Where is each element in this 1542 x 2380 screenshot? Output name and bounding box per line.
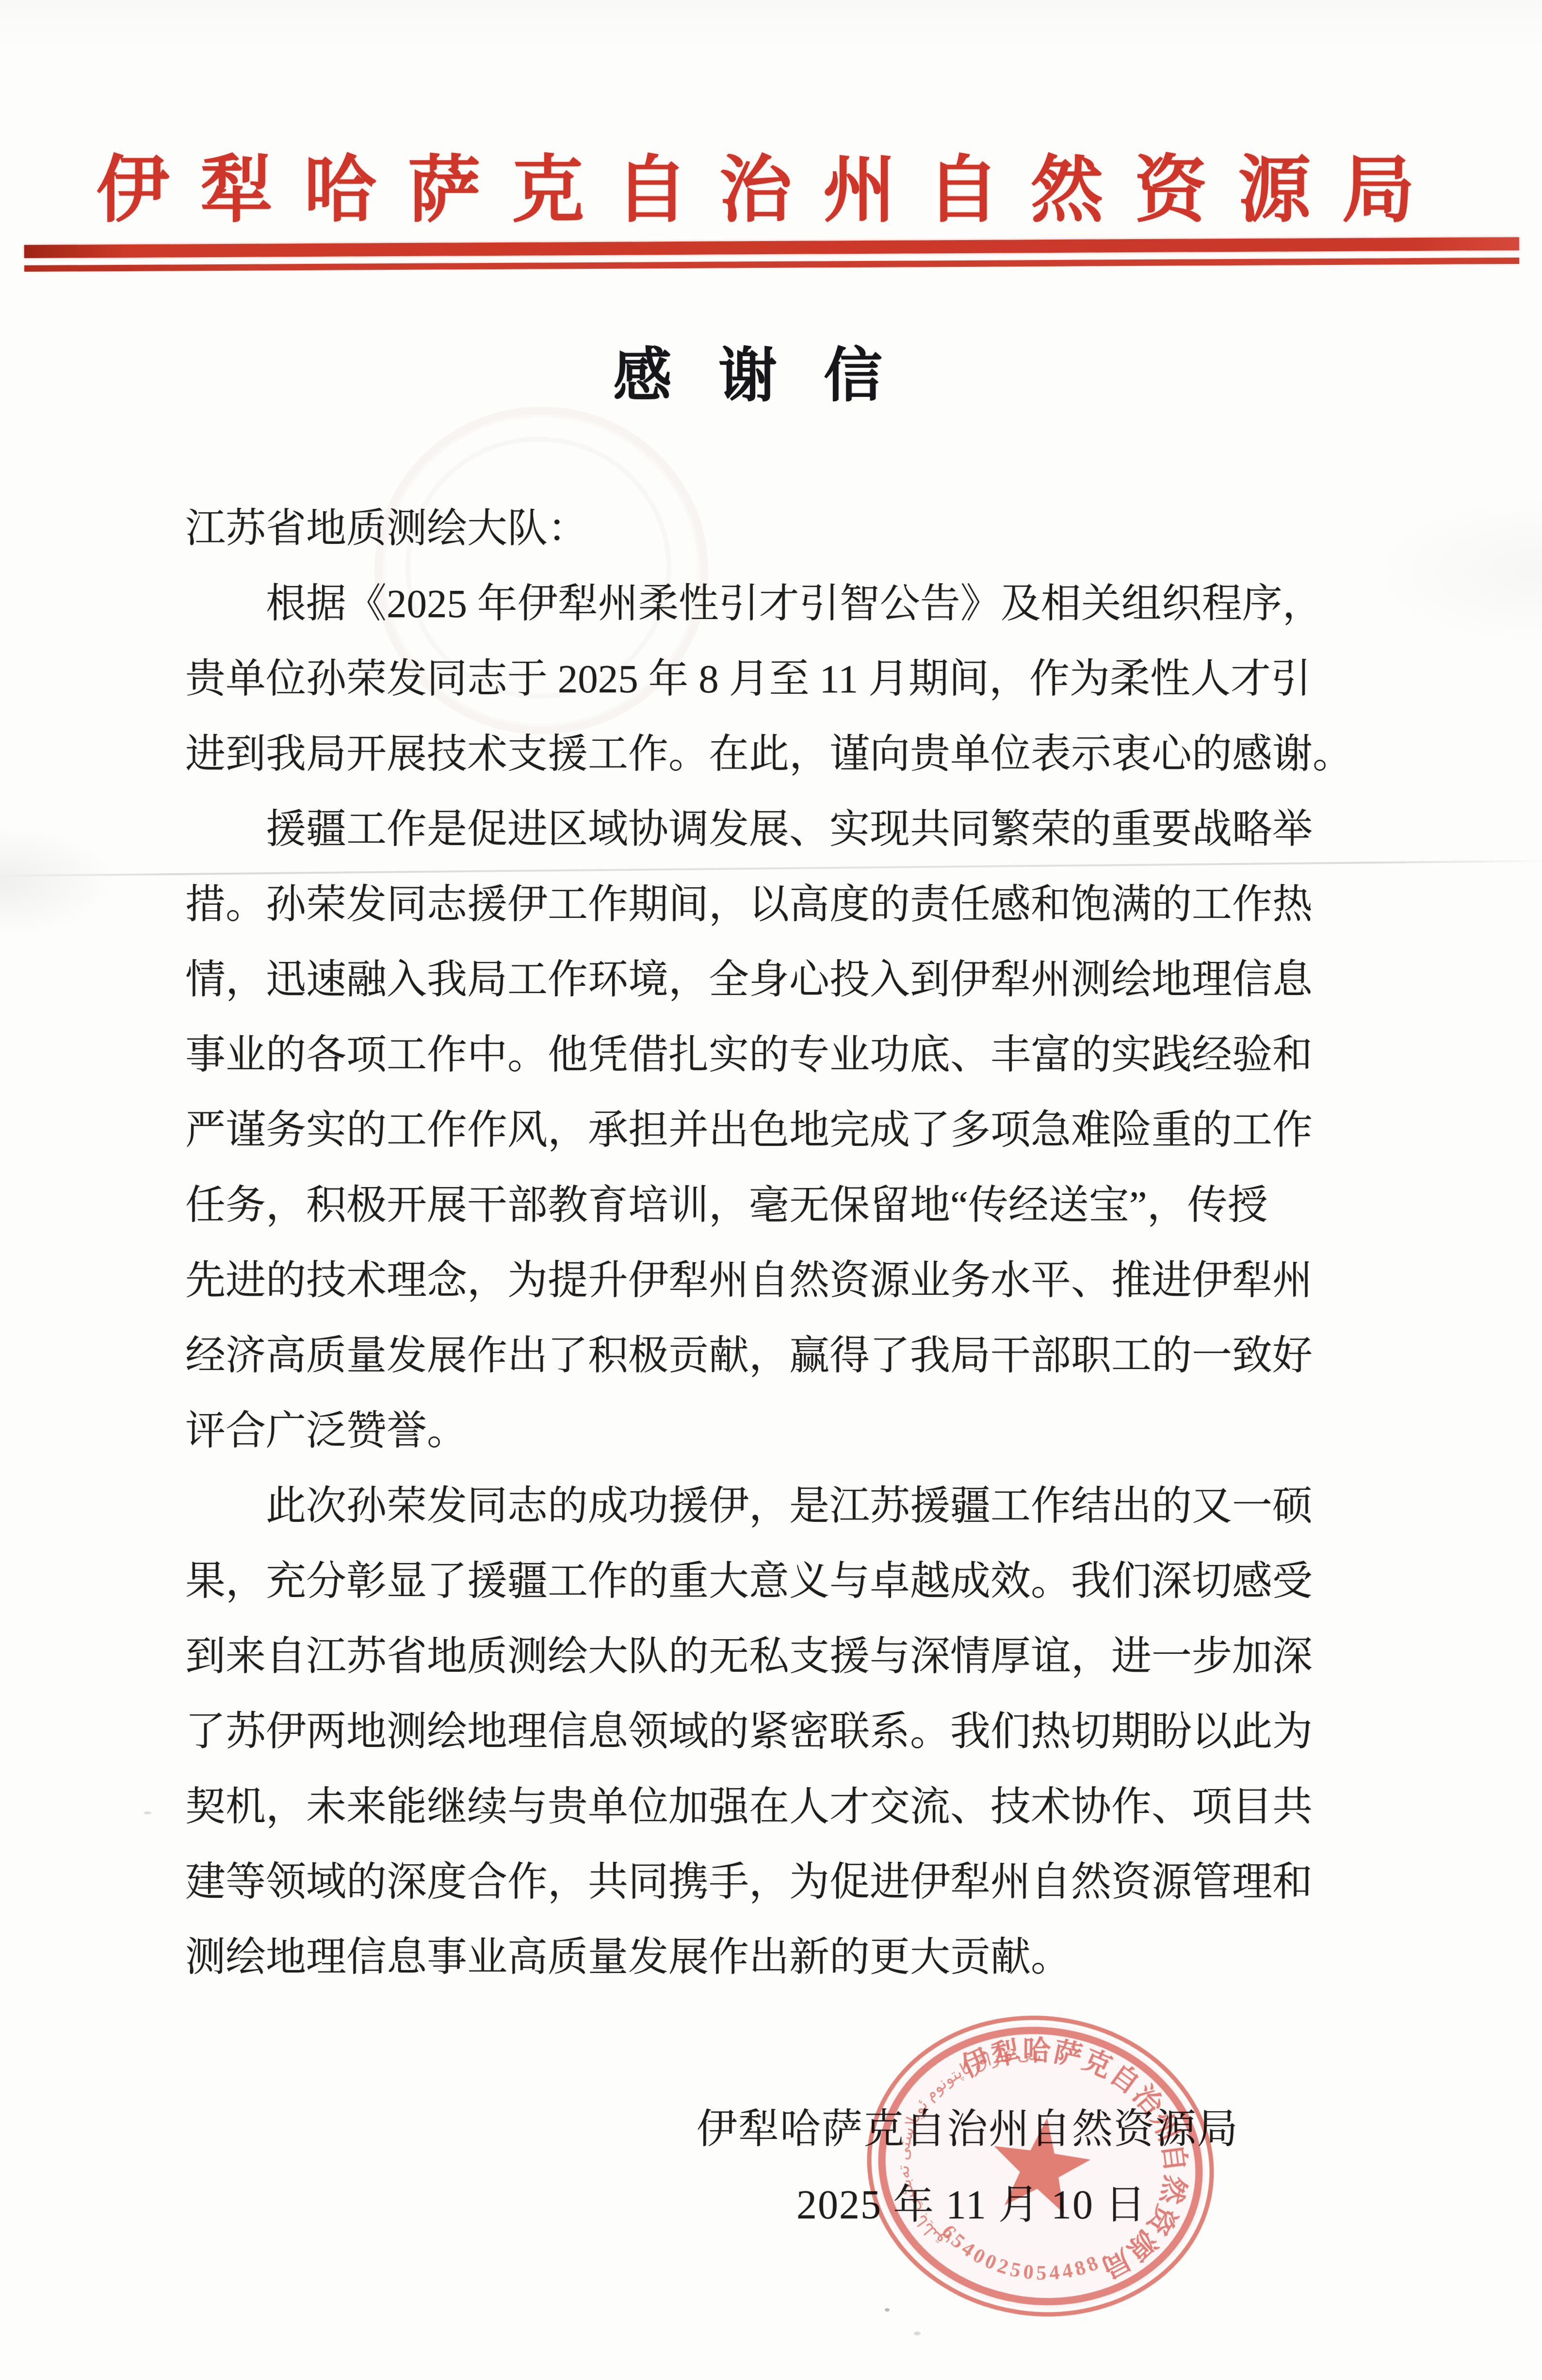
divider-thick-rule: [24, 237, 1519, 258]
body-line: 情，迅速融入我局工作环境，全身心投入到伊犁州测绘地理信息: [185, 942, 1330, 1017]
official-stamp: ئىلى قازاق ئاپتونوم ئوبلاستى تەبىئىي باي…: [831, 1957, 1250, 2376]
body-line: 经济高质量发展作出了积极贡献，赢得了我局干部职工的一致好: [185, 1318, 1330, 1393]
letterhead-org-name: 伊犁哈萨克自治州自然资源局: [0, 149, 1542, 232]
scan-speck: [914, 2331, 921, 2335]
body-line: 建等领域的深度合作，共同携手，为促进伊犁州自然资源管理和: [185, 1844, 1330, 1920]
body-line: 评合广泛赞誉。: [185, 1393, 1330, 1468]
body-line: 契机，未来能继续与贵单位加强在人才交流、技术协作、项目共: [185, 1769, 1330, 1844]
body-text: 江苏省地质测绘大队：根据《2025 年伊犁州柔性引才引智公告》及相关组织程序，贵…: [185, 491, 1330, 1995]
body-line: 根据《2025 年伊犁州柔性引才引智公告》及相关组织程序，: [185, 566, 1330, 641]
scan-speck: [885, 2308, 890, 2312]
letter-title: 感谢信: [0, 340, 1542, 412]
letterhead-divider: [24, 237, 1519, 272]
scanned-letter-page: 伊犁哈萨克自治州自然资源局 感谢信 江苏省地质测绘大队：根据《2025 年伊犁州…: [0, 0, 1542, 2380]
divider-thin-rule: [24, 258, 1519, 272]
body-line: 严谨务实的工作作风，承担并出色地完成了多项急难险重的工作: [185, 1092, 1330, 1168]
body-line: 援疆工作是促进区域协调发展、实现共同繁荣的重要战略举: [185, 792, 1330, 867]
body-line: 江苏省地质测绘大队：: [185, 491, 1330, 566]
body-line: 先进的技术理念，为提升伊犁州自然资源业务水平、推进伊犁州: [185, 1243, 1330, 1318]
scan-speck: [144, 1811, 151, 1814]
body-line: 到来自江苏省地质测绘大队的无私支援与深情厚谊，进一步加深: [185, 1619, 1330, 1694]
body-line: 任务，积极开展干部教育培训，毫无保留地“传经送宝”，传授: [185, 1168, 1330, 1243]
body-line: 此次孙荣发同志的成功援伊，是江苏援疆工作结出的又一硕: [185, 1468, 1330, 1544]
body-line: 果，充分彰显了援疆工作的重大意义与卓越成效。我们深切感受: [185, 1544, 1330, 1619]
body-line: 测绘地理信息事业高质量发展作出新的更大贡献。: [185, 1920, 1330, 1995]
body-line: 措。孙荣发同志援伊工作期间，以高度的责任感和饱满的工作热: [185, 867, 1330, 942]
body-line: 事业的各项工作中。他凭借扎实的专业功底、丰富的实践经验和: [185, 1017, 1330, 1092]
body-line: 进到我局开展技术支援工作。在此，谨向贵单位表示衷心的感谢。: [185, 717, 1330, 792]
body-line: 了苏伊两地测绘地理信息领域的紧密联系。我们热切期盼以此为: [185, 1694, 1330, 1769]
body-line: 贵单位孙荣发同志于 2025 年 8 月至 11 月期间，作为柔性人才引: [185, 641, 1330, 717]
